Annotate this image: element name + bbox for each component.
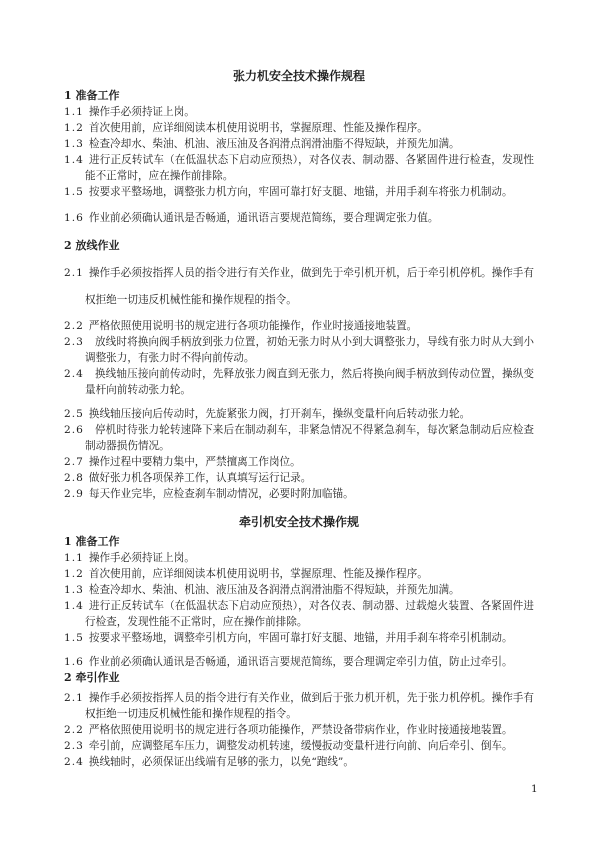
procedure-item: 1.1操作手必须持证上岗。 (64, 550, 534, 566)
procedure-item: 1.2首次使用前，应详细阅读本机使用说明书，掌握原理、性能及操作程序。 (64, 120, 534, 136)
item-text: 进行正反转试车（在低温状态下启动应预热），对各仪表、制动器、各紧固件进行检查，发… (85, 154, 534, 182)
item-number: 2.3 (64, 336, 95, 348)
item-text: 按要求平整场地，调整牵引机方向，牢固可靠打好支腿、地锚，并用手刹车将牵引机制动。 (89, 632, 513, 644)
procedure-item: 2.4换线轴压接向前传动时，先释放张力阀直到无张力，然后将换向阀手柄放到传动位置… (64, 366, 534, 398)
item-text: 操作手必须按指挥人员的指令进行有关作业，做到后于张力机开机，先于张力机停机。操作… (85, 692, 534, 720)
item-text: 操作过程中要精力集中，严禁擅离工作岗位。 (89, 456, 301, 468)
item-text: 换线轴压接向后传动时，先旋紧张力阀，打开刹车，操纵变量杆向后转动张力轮。 (89, 408, 470, 420)
item-text: 严格依照使用说明书的规定进行各项功能操作，作业时接通接地装置。 (89, 320, 417, 332)
item-text: 进行正反转试车（在低温状态下启动应预热），对各仪表、制动器、过载熄火装置、各紧固… (85, 600, 534, 628)
item-text: 操作手必须持证上岗。 (89, 552, 195, 564)
procedure-item: 2.9每天作业完毕，应检查刹车制动情况，必要时附加临锚。 (64, 486, 534, 502)
doc2-title: 牵引机安全技术操作规 (64, 514, 534, 530)
item-text: 牵引前，应调整尾车压力，调整发动机转速，缓慢扳动变量杆进行向前、向后牵引、倒车。 (89, 740, 513, 752)
item-text: 作业前必须确认通讯是否畅通，通讯语言要规范简练，要合理调定牵引力值，防止过牵引。 (89, 656, 513, 668)
procedure-item: 1.5按要求平整场地，调整牵引机方向，牢固可靠打好支腿、地锚，并用手刹车将牵引机… (64, 630, 534, 646)
item-number: 1.3 (64, 584, 89, 596)
procedure-item: 1.5按要求平整场地，调整张力机方向，牢固可靠打好支腿、地锚，并用手刹车将张力机… (64, 184, 534, 200)
page-content: 张力机安全技术操作规程 1 准备工作 1.1操作手必须持证上岗。 1.2首次使用… (64, 68, 534, 770)
procedure-item: 1.2首次使用前，应详细阅读本机使用说明书，掌握原理、性能及操作程序。 (64, 566, 534, 582)
page-number: 1 (531, 782, 538, 796)
item-text: 操作手必须按指挥人员的指令进行有关作业，做到先于牵引机开机，后于牵引机停机。操作… (85, 267, 534, 306)
item-number: 2.4 (64, 368, 95, 380)
item-text: 按要求平整场地，调整张力机方向，牢固可靠打好支腿、地锚，并用手刹车将张力机制动。 (89, 186, 513, 198)
procedure-item: 2.1操作手必须按指挥人员的指令进行有关作业，做到先于牵引机开机，后于牵引机停机… (64, 260, 534, 314)
procedure-item: 1.3检查冷却水、柴油、机油、液压油及各润滑点润滑油脂不得短缺，并预先加满。 (64, 582, 534, 598)
item-number: 1.2 (64, 122, 89, 134)
doc1-section1-heading: 1 准备工作 (64, 88, 534, 104)
item-number: 2.2 (64, 724, 89, 736)
procedure-item: 2.1操作手必须按指挥人员的指令进行有关作业，做到后于张力机开机，先于张力机停机… (64, 690, 534, 722)
item-text: 放线时将换向阀手柄放到张力位置，初始无张力时从小到大调整张力，导线有张力时从大到… (85, 336, 534, 364)
item-text: 首次使用前，应详细阅读本机使用说明书，掌握原理、性能及操作程序。 (89, 568, 428, 580)
item-number: 2.8 (64, 472, 89, 484)
item-number: 2.3 (64, 740, 89, 752)
item-number: 2.7 (64, 456, 89, 468)
item-text: 停机时待张力轮转速降下来后在制动刹车，非紧急情况不得紧急刹车，每次紧急制动后应检… (85, 424, 534, 452)
procedure-item: 1.3检查冷却水、柴油、机油、液压油及各润滑点润滑油脂不得短缺，并预先加满。 (64, 136, 534, 152)
item-number: 2.6 (64, 424, 95, 436)
item-number: 1.5 (64, 632, 89, 644)
item-text: 检查冷却水、柴油、机油、液压油及各润滑点润滑油脂不得短缺，并预先加满。 (89, 584, 460, 596)
procedure-item: 1.4进行正反转试车（在低温状态下启动应预热），对各仪表、制动器、各紧固件进行检… (64, 152, 534, 184)
procedure-item: 2.2严格依照使用说明书的规定进行各项功能操作，严禁设备带病作业，作业时接通接地… (64, 722, 534, 738)
item-number: 1.6 (64, 212, 89, 224)
doc2-section2-heading: 2 牵引作业 (64, 670, 534, 686)
item-text: 作业前必须确认通讯是否畅通，通讯语言要规范简练，要合理调定张力值。 (89, 212, 439, 224)
doc1-section2-heading: 2 放线作业 (64, 238, 534, 254)
item-number: 2.1 (64, 267, 89, 279)
item-number: 1.5 (64, 186, 89, 198)
item-text: 严格依照使用说明书的规定进行各项功能操作，严禁设备带病作业，作业时接通接地装置。 (89, 724, 513, 736)
item-number: 1.1 (64, 552, 89, 564)
procedure-item: 2.4换线轴时，必须保证出线端有足够的张力，以免“跑线”。 (64, 754, 534, 770)
item-text: 换线轴时，必须保证出线端有足够的张力，以免“跑线”。 (89, 756, 354, 768)
procedure-item: 2.6停机时待张力轮转速降下来后在制动刹车，非紧急情况不得紧急刹车，每次紧急制动… (64, 422, 534, 454)
item-number: 2.4 (64, 756, 89, 768)
procedure-item: 2.2严格依照使用说明书的规定进行各项功能操作，作业时接通接地装置。 (64, 318, 534, 334)
item-number: 1.4 (64, 600, 89, 612)
doc1-title: 张力机安全技术操作规程 (64, 68, 534, 84)
procedure-item: 2.3放线时将换向阀手柄放到张力位置，初始无张力时从小到大调整张力，导线有张力时… (64, 334, 534, 366)
procedure-item: 2.5换线轴压接向后传动时，先旋紧张力阀，打开刹车，操纵变量杆向后转动张力轮。 (64, 406, 534, 422)
procedure-item: 1.4进行正反转试车（在低温状态下启动应预热），对各仪表、制动器、过载熄火装置、… (64, 598, 534, 630)
doc2-section1-heading: 1 准备工作 (64, 534, 534, 550)
item-number: 2.1 (64, 692, 89, 704)
item-number: 1.2 (64, 568, 89, 580)
item-number: 1.6 (64, 656, 89, 668)
procedure-item: 2.7操作过程中要精力集中，严禁擅离工作岗位。 (64, 454, 534, 470)
item-number: 1.3 (64, 138, 89, 150)
item-number: 2.2 (64, 320, 89, 332)
item-number: 2.9 (64, 488, 89, 500)
item-text: 首次使用前，应详细阅读本机使用说明书，掌握原理、性能及操作程序。 (89, 122, 428, 134)
item-number: 1.1 (64, 106, 89, 118)
procedure-item: 1.1操作手必须持证上岗。 (64, 104, 534, 120)
procedure-item: 1.6作业前必须确认通讯是否畅通，通讯语言要规范简练，要合理调定张力值。 (64, 210, 534, 226)
item-text: 检查冷却水、柴油、机油、液压油及各润滑点润滑油脂不得短缺，并预先加满。 (89, 138, 460, 150)
item-text: 做好张力机各项保养工作，认真填写运行记录。 (89, 472, 311, 484)
procedure-item: 2.8做好张力机各项保养工作，认真填写运行记录。 (64, 470, 534, 486)
item-number: 1.4 (64, 154, 89, 166)
item-number: 2.5 (64, 408, 89, 420)
procedure-item: 1.6作业前必须确认通讯是否畅通，通讯语言要规范简练，要合理调定牵引力值，防止过… (64, 654, 534, 670)
item-text: 操作手必须持证上岗。 (89, 106, 195, 118)
document-page: 张力机安全技术操作规程 1 准备工作 1.1操作手必须持证上岗。 1.2首次使用… (0, 0, 596, 842)
item-text: 换线轴压接向前传动时，先释放张力阀直到无张力，然后将换向阀手柄放到传动位置，操纵… (85, 368, 534, 396)
item-text: 每天作业完毕，应检查刹车制动情况，必要时附加临锚。 (89, 488, 354, 500)
procedure-item: 2.3牵引前，应调整尾车压力，调整发动机转速，缓慢扳动变量杆进行向前、向后牵引、… (64, 738, 534, 754)
